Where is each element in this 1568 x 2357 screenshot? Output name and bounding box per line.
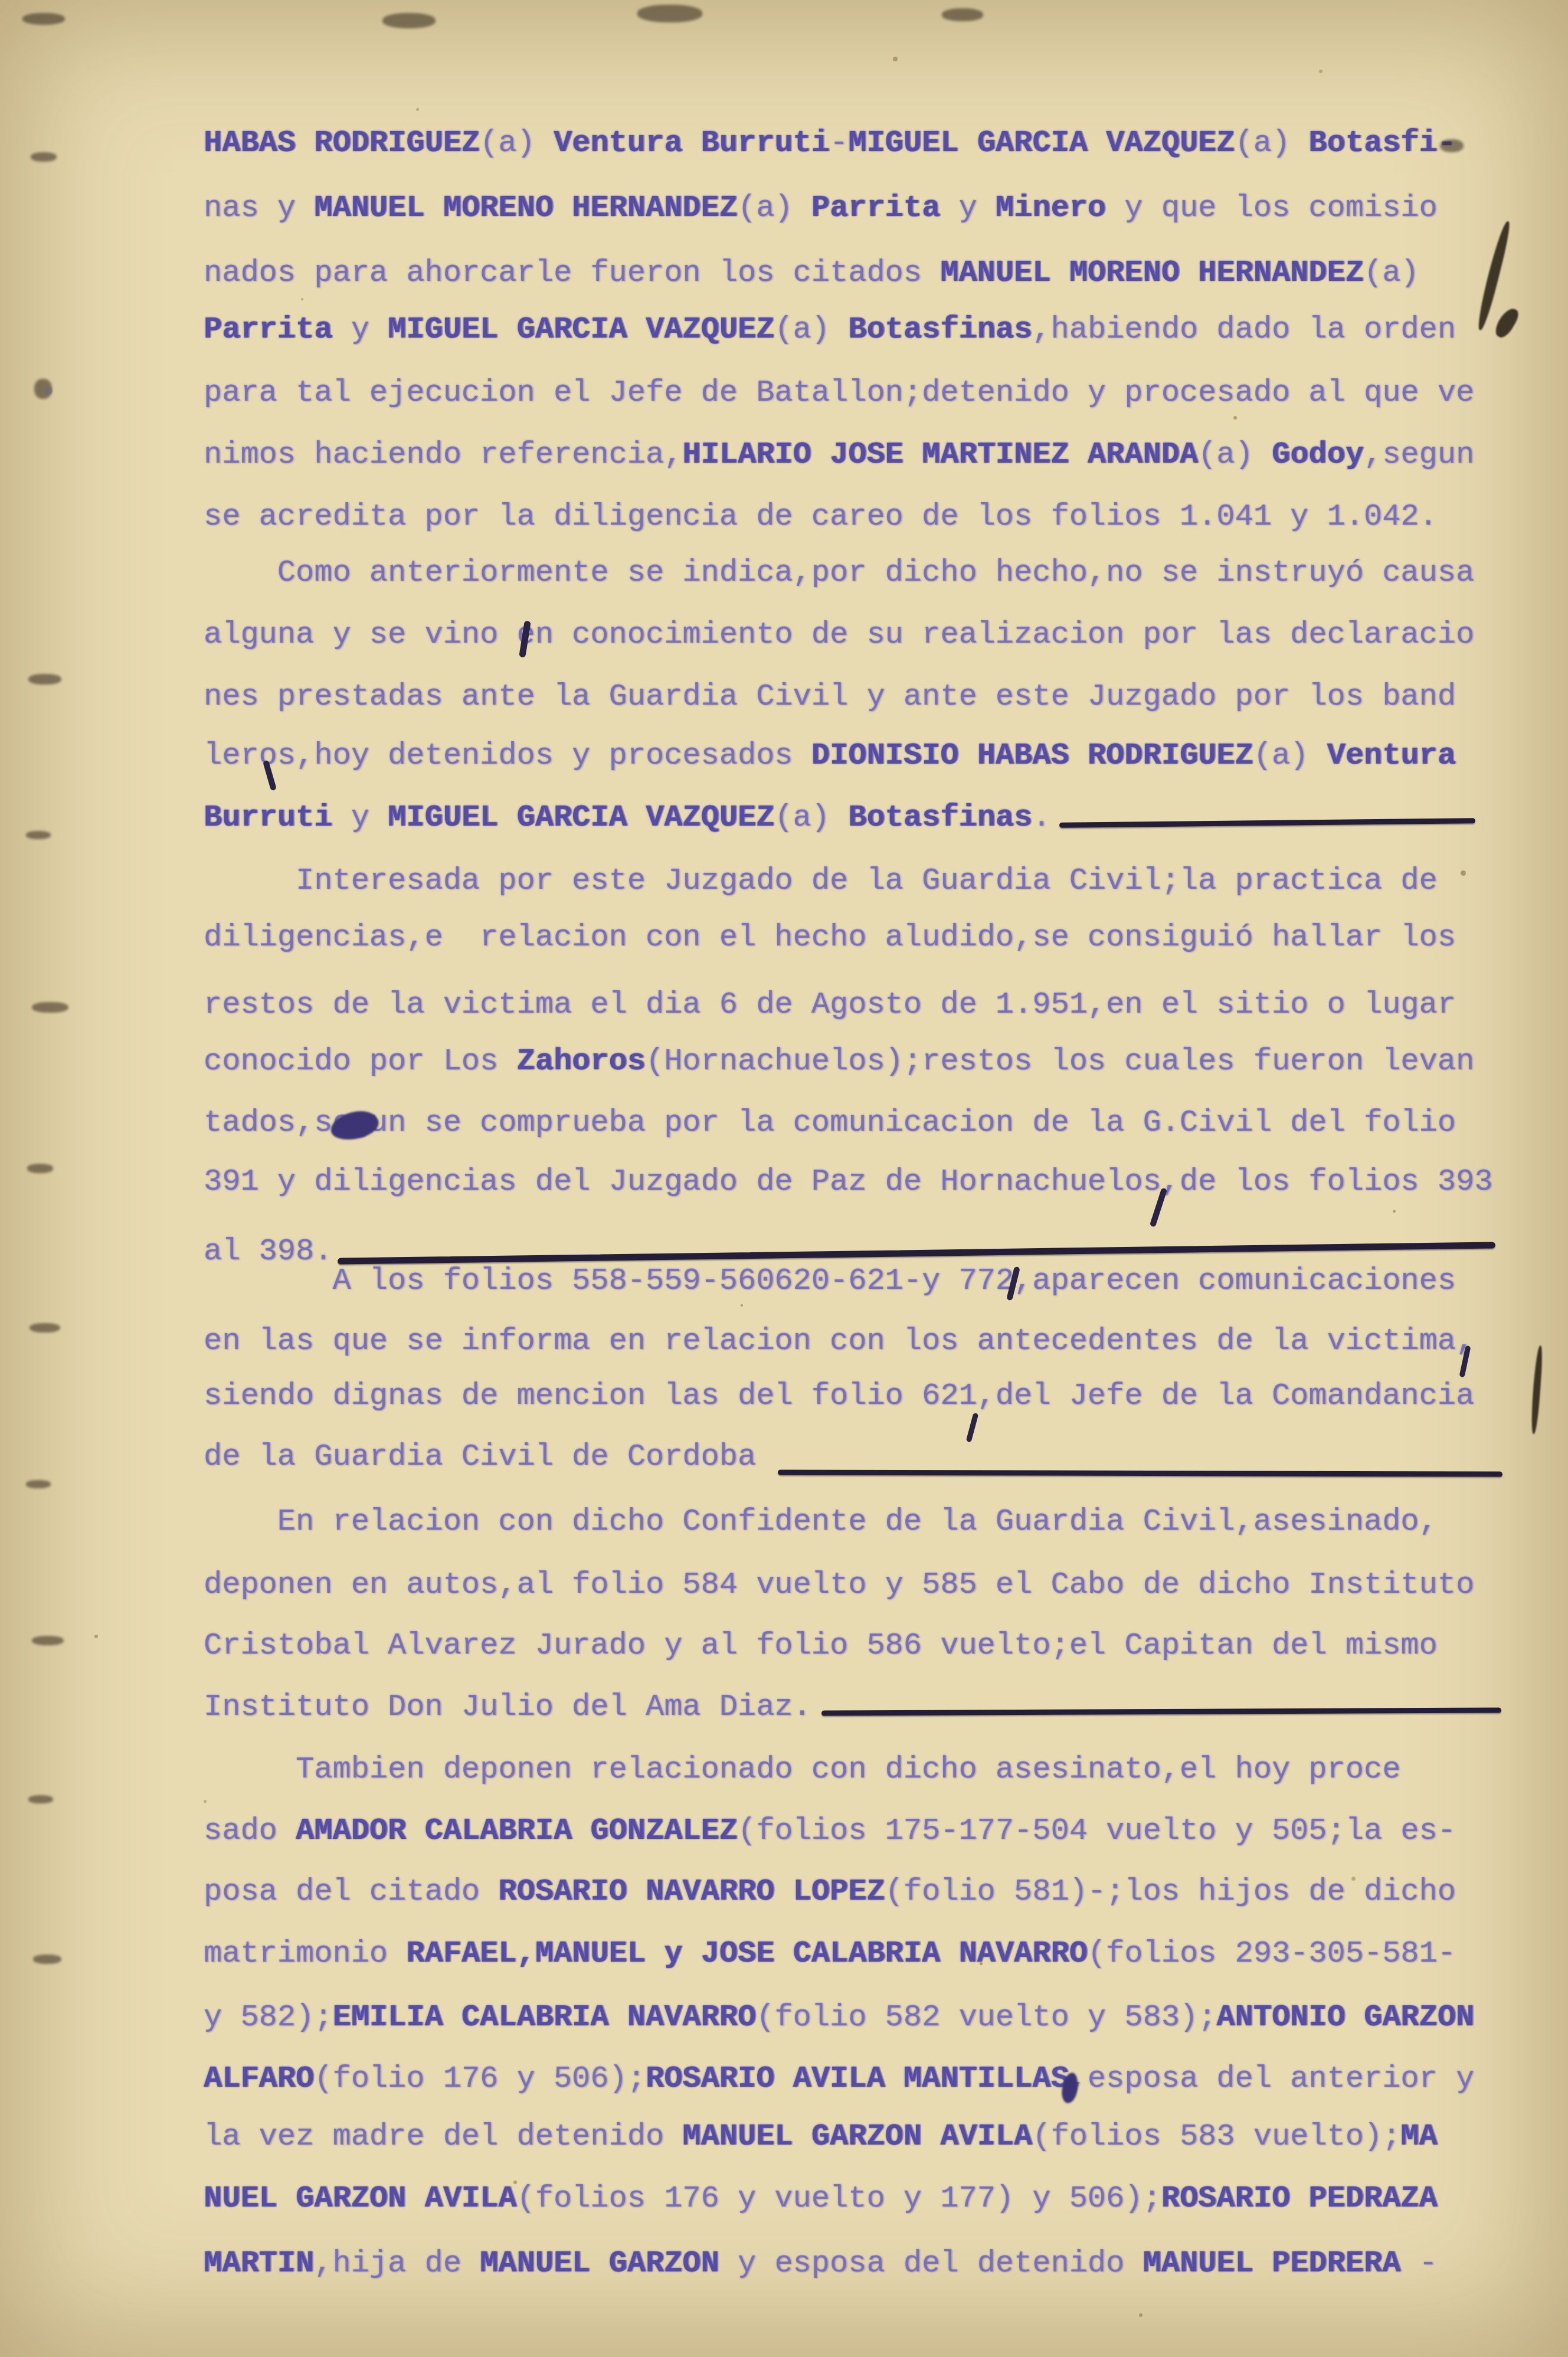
paper-speck (513, 2181, 517, 2184)
typed-name-emphasis: ROSARIO NAVARRO LOPEZ (498, 1874, 885, 1909)
text-line-30: posa del citado ROSARIO NAVARRO LOPEZ(fo… (204, 1877, 1456, 1907)
typed-text: nados para ahorcarle fueron los citados (204, 256, 940, 290)
edge-smudge (33, 1955, 61, 1964)
typed-text: sado (204, 1813, 296, 1848)
text-line-23: de la Guardia Civil de Cordoba (204, 1442, 756, 1472)
typed-name-emphasis: MA (1400, 2119, 1437, 2154)
typed-text: se acredita por la diligencia de careo d… (204, 499, 1438, 534)
typed-text: la vez madre del detenido (204, 2119, 682, 2154)
typed-text: (a) (1364, 256, 1419, 290)
typed-text: ,segun (1364, 437, 1474, 472)
edge-smudge (26, 831, 51, 839)
typed-name-emphasis: Parrita (811, 191, 940, 225)
typed-name-emphasis: MANUEL MORENO HERNANDEZ (940, 256, 1364, 290)
text-line-16: conocido por Los Zahoros(Hornachuelos);r… (204, 1046, 1474, 1077)
text-line-3: nados para ahorcarle fueron los citados … (204, 258, 1419, 289)
typed-text: y esposa del detenido (719, 2246, 1143, 2281)
text-line-21: en las que se informa en relacion con lo… (204, 1326, 1474, 1357)
text-line-27: Instituto Don Julio del Ama Diaz. (204, 1692, 811, 1723)
text-line-22: siendo dignas de mencion las del folio 6… (204, 1381, 1474, 1412)
typed-name-emphasis: Godoy (1272, 437, 1364, 472)
typed-text: - (830, 126, 848, 161)
paper-speck (1393, 1210, 1396, 1213)
typed-name-emphasis: AMADOR CALABRIA GONZALEZ (296, 1813, 738, 1848)
typed-text: (a) (738, 191, 811, 225)
typed-name-emphasis: MARTIN (204, 2246, 314, 2281)
typed-text: nimos haciendo referencia, (204, 437, 682, 472)
text-line-15: restos de la victima el dia 6 de Agosto … (204, 990, 1456, 1020)
text-line-34: la vez madre del detenido MANUEL GARZON … (204, 2122, 1438, 2152)
paper-speck (741, 1304, 743, 1307)
text-line-12: Burruti y MIGUEL GARCIA VAZQUEZ(a) Botas… (204, 803, 1050, 833)
text-line-5: para tal ejecucion el Jefe de Batallon;d… (204, 378, 1474, 408)
text-line-26: Cristobal Alvarez Jurado y al folio 586 … (204, 1631, 1438, 1661)
typed-text: en las que se informa en relacion con lo… (204, 1324, 1474, 1358)
typed-text: alguna y se vino en conocimiento de su r… (204, 617, 1474, 652)
paper-speck (1351, 1877, 1356, 1881)
typed-text: (folios 583 vuelto); (1032, 2119, 1400, 2154)
typed-text: (folio 176 y 506); (314, 2061, 646, 2096)
text-line-31: matrimonio RAFAEL,MANUEL y JOSE CALABRIA… (204, 1939, 1456, 1969)
typed-text: restos de la victima el dia 6 de Agosto … (204, 987, 1456, 1022)
text-line-6: nimos haciendo referencia,HILARIO JOSE M… (204, 440, 1474, 470)
paper-speck (44, 387, 53, 395)
typed-name-emphasis: MIGUEL GARCIA VAZQUEZ (848, 126, 1235, 161)
typed-text: Interesada por este Juzgado de la Guardi… (204, 863, 1438, 898)
text-line-29: sado AMADOR CALABRIA GONZALEZ(folios 175… (204, 1816, 1456, 1847)
typed-name-emphasis: ROSARIO AVILA MANTILLAS (646, 2061, 1069, 2096)
text-line-4: Parrita y MIGUEL GARCIA VAZQUEZ(a) Botas… (204, 315, 1456, 345)
typed-text: - (1400, 2246, 1437, 2281)
typed-name-emphasis: Ventura (1327, 738, 1456, 773)
typed-text: y (332, 800, 388, 835)
typed-text: (folio 581)-;los hijos de dicho (885, 1874, 1456, 1909)
edge-smudge (28, 1795, 53, 1803)
typed-text: y 582); (204, 2000, 332, 2035)
typed-text: tados,segun se comprueba por la comunica… (204, 1105, 1456, 1140)
typed-text: (a) (1198, 437, 1272, 472)
typed-text: nas y (204, 191, 314, 225)
paper-speck (980, 1962, 983, 1965)
typed-name-emphasis: ROSARIO PEDRAZA (1161, 2181, 1438, 2216)
typed-name-emphasis: Botasfinas (848, 800, 1032, 835)
typed-name-emphasis: DIONISIO HABAS RODRIGUEZ (811, 738, 1253, 773)
typed-text: Tambien deponen relacionado con dicho as… (204, 1752, 1400, 1787)
typed-text: (a) (774, 800, 848, 835)
edge-smudge (637, 5, 702, 22)
typed-text: ,hija de (314, 2246, 480, 2281)
text-line-19: al 398. (204, 1236, 332, 1267)
typed-text: A los folios 558-559-560620-621-y 772,ap… (204, 1263, 1456, 1298)
typed-text: para tal ejecucion el Jefe de Batallon;d… (204, 375, 1474, 410)
typed-name-emphasis: ALFARO (204, 2061, 314, 2096)
typed-text: (a) (1235, 126, 1309, 161)
text-line-1: HABAS RODRIGUEZ(a) Ventura Burruti-MIGUE… (204, 128, 1456, 159)
typed-name-emphasis: Zahoros (517, 1044, 646, 1079)
typed-text: . (1032, 800, 1050, 835)
text-line-9: alguna y se vino en conocimiento de su r… (204, 620, 1474, 650)
typed-name-emphasis: MANUEL GARZON (480, 2246, 719, 2281)
edge-smudge (22, 13, 65, 25)
text-line-35: NUEL GARZON AVILA(folios 176 y vuelto y … (204, 2184, 1438, 2214)
typed-text: Instituto Don Julio del Ama Diaz. (204, 1690, 811, 1724)
paper-speck (1233, 416, 1237, 420)
text-line-17: tados,segun se comprueba por la comunica… (204, 1108, 1456, 1138)
text-line-32: y 582);EMILIA CALABRIA NAVARRO(folio 582… (204, 2002, 1474, 2033)
typed-text: (folios 175-177-504 vuelto y 505;la es- (738, 1813, 1456, 1848)
edge-smudge (32, 1636, 64, 1645)
typed-text: (Hornachuelos);restos los cuales fueron … (646, 1044, 1474, 1079)
typewritten-text-block: HABAS RODRIGUEZ(a) Ventura Burruti-MIGUE… (0, 0, 1568, 2357)
paper-speck (1461, 870, 1466, 876)
typed-text: (folio 582 vuelto y 583); (756, 2000, 1216, 2035)
paper-speck (94, 1635, 98, 1638)
typed-name-emphasis: Botasfinas (848, 312, 1032, 347)
text-line-7: se acredita por la diligencia de careo d… (204, 502, 1438, 532)
typed-name-emphasis: HILARIO JOSE MARTINEZ ARANDA (682, 437, 1198, 472)
typed-name-emphasis: MIGUEL GARCIA VAZQUEZ (388, 312, 774, 347)
paper-speck (893, 57, 898, 61)
typed-name-emphasis: MIGUEL GARCIA VAZQUEZ (388, 800, 774, 835)
edge-smudge (26, 1480, 51, 1488)
typed-text: (folios 293-305-581- (1088, 1936, 1456, 1971)
text-line-20: A los folios 558-559-560620-621-y 772,ap… (204, 1266, 1456, 1297)
typed-text: y (332, 312, 388, 347)
typed-text: (a) (1253, 738, 1327, 773)
typed-name-emphasis: Minero (996, 191, 1106, 225)
text-line-25: deponen en autos,al folio 584 vuelto y 5… (204, 1570, 1474, 1600)
typed-text: matrimonio (204, 1936, 406, 1971)
paper-speck (1139, 2313, 1143, 2317)
typed-text: (a) (480, 126, 554, 161)
typed-text: siendo dignas de mencion las del folio 6… (204, 1379, 1474, 1413)
typed-text: diligencias,e relacion con el hecho alud… (204, 920, 1456, 955)
typed-name-emphasis: RAFAEL,MANUEL y JOSE CALABRIA NAVARRO (406, 1936, 1088, 1971)
typed-name-emphasis: EMILIA CALABRIA NAVARRO (332, 2000, 756, 2035)
typed-name-emphasis: MANUEL GARZON AVILA (682, 2119, 1032, 2154)
typed-text: Como anteriormente se indica,por dicho h… (204, 555, 1474, 590)
typed-text: nes prestadas ante la Guardia Civil y an… (204, 679, 1456, 714)
text-line-28: Tambien deponen relacionado con dicho as… (204, 1754, 1400, 1785)
text-line-33: ALFARO(folio 176 y 506);ROSARIO AVILA MA… (204, 2064, 1474, 2094)
text-line-13: Interesada por este Juzgado de la Guardi… (204, 866, 1438, 896)
text-line-11: leros,hoy detenidos y procesados DIONISI… (204, 741, 1456, 771)
typed-text: y (940, 191, 996, 225)
edge-smudge (30, 1323, 60, 1333)
typed-name-emphasis: Parrita (204, 312, 332, 347)
typed-text: de la Guardia Civil de Cordoba (204, 1439, 756, 1474)
typed-text: posa del citado (204, 1874, 498, 1909)
edge-smudge (28, 674, 61, 685)
edge-smudge (1440, 139, 1464, 152)
typed-name-emphasis: Botasfi- (1308, 126, 1456, 161)
text-line-8: Como anteriormente se indica,por dicho h… (204, 558, 1474, 588)
typed-name-emphasis: Burruti (204, 800, 332, 835)
typed-name-emphasis: ANTONIO GARZON (1216, 2000, 1474, 2035)
text-line-36: MARTIN,hija de MANUEL GARZON y esposa de… (204, 2248, 1438, 2279)
edge-smudge (31, 152, 57, 162)
typed-text: y que los comisio (1106, 191, 1438, 225)
typed-name-emphasis: HABAS RODRIGUEZ (204, 126, 480, 161)
typed-text: ,esposa del anterior y (1069, 2061, 1475, 2096)
edge-smudge (27, 1164, 53, 1173)
typed-name-emphasis: MANUEL MORENO HERNANDEZ (314, 191, 738, 225)
typed-text: (folios 176 y vuelto y 177) y 506); (517, 2181, 1161, 2216)
typed-text: Cristobal Alvarez Jurado y al folio 586 … (204, 1628, 1438, 1663)
typed-text: En relacion con dicho Confidente de la G… (204, 1504, 1438, 1539)
edge-smudge (32, 1002, 68, 1013)
paper-speck (416, 108, 419, 111)
scanned-document-page: HABAS RODRIGUEZ(a) Ventura Burruti-MIGUE… (0, 0, 1568, 2357)
typed-name-emphasis: MANUEL PEDRERA (1143, 2246, 1400, 2281)
text-line-2: nas y MANUEL MORENO HERNANDEZ(a) Parrita… (204, 193, 1438, 224)
paper-speck (1319, 70, 1323, 73)
paper-speck (204, 1800, 207, 1803)
text-line-14: diligencias,e relacion con el hecho alud… (204, 922, 1456, 953)
typed-text: leros,hoy detenidos y procesados (204, 738, 811, 773)
text-line-10: nes prestadas ante la Guardia Civil y an… (204, 682, 1456, 712)
typed-text: conocido por Los (204, 1044, 517, 1079)
typed-text: deponen en autos,al folio 584 vuelto y 5… (204, 1567, 1474, 1602)
text-line-18: 391 y diligencias del Juzgado de Paz de … (204, 1167, 1492, 1197)
text-line-24: En relacion con dicho Confidente de la G… (204, 1507, 1438, 1537)
typed-text: 391 y diligencias del Juzgado de Paz de … (204, 1164, 1492, 1199)
paper-speck (301, 298, 303, 300)
typed-name-emphasis: Ventura Burruti (554, 126, 830, 161)
typed-text: (a) (774, 312, 848, 347)
typed-name-emphasis: NUEL GARZON AVILA (204, 2181, 517, 2216)
edge-smudge (942, 8, 983, 21)
paper-speck (378, 696, 381, 699)
edge-smudge (382, 13, 436, 28)
typed-text: ,habiendo dado la orden (1032, 312, 1456, 347)
